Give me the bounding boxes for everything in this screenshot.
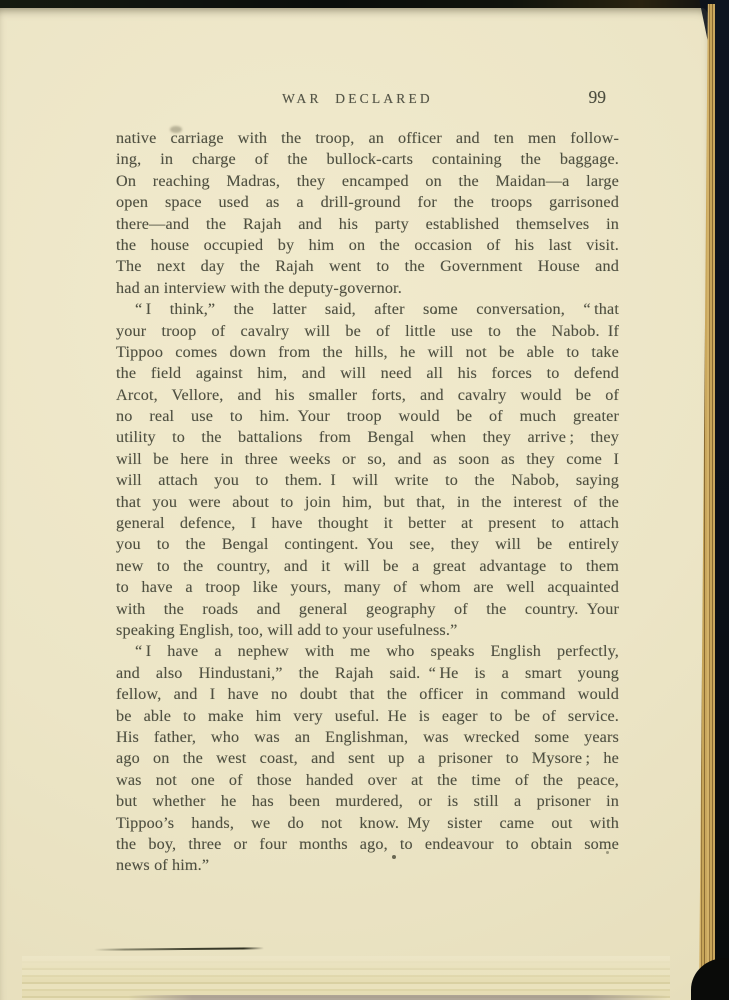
- text-line: native carriage with the troop, an offic…: [116, 128, 619, 149]
- text-line: fellow, and I have no doubt that the off…: [116, 684, 619, 705]
- right-cover-strip: [715, 0, 729, 1000]
- text-line: no real use to him. Your troop would be …: [116, 406, 619, 427]
- text-line: the field against him, and will need all…: [116, 363, 619, 384]
- top-cover-band: [0, 0, 729, 8]
- text-line: general defence, I have thought it bette…: [116, 513, 619, 534]
- book-scan: WAR DECLARED 99 native carriage with the…: [0, 0, 729, 1000]
- page-number: 99: [589, 87, 607, 108]
- text-line: news of him.”: [116, 855, 619, 876]
- text-line: speaking English, too, will add to your …: [116, 620, 619, 641]
- text-line: On reaching Madras, they encamped on the…: [116, 171, 619, 192]
- text-line: open space used as a drill-ground for th…: [116, 192, 619, 213]
- bottom-shadow-line: [128, 995, 668, 1000]
- paragraph: native carriage with the troop, an offic…: [116, 128, 619, 299]
- text-line: to have a troop like yours, many of whom…: [116, 577, 619, 598]
- text-line: the house occupied by him on the occasio…: [116, 235, 619, 256]
- text-line: will attach you to them. I will write to…: [116, 470, 619, 491]
- text-line: your troop of cavalry will be of little …: [116, 321, 619, 342]
- bottom-page-stack: [22, 956, 670, 1000]
- page-header: WAR DECLARED 99: [116, 91, 619, 111]
- paragraph: “ I think,” the latter said, after some …: [116, 299, 619, 641]
- text-line: had an interview with the deputy-governo…: [116, 278, 619, 299]
- text-line: The next day the Rajah went to the Gover…: [116, 256, 619, 277]
- text-line: there—and the Rajah and his party establ…: [116, 214, 619, 235]
- text-line: utility to the battalions from Bengal wh…: [116, 427, 619, 448]
- text-line: the boy, three or four months ago, to en…: [116, 834, 619, 855]
- text-line: but whether he has been murdered, or is …: [116, 791, 619, 812]
- text-line: Arcot, Vellore, and his smaller forts, a…: [116, 385, 619, 406]
- text-line: Tippoo comes down from the hills, he wil…: [116, 342, 619, 363]
- text-line: be able to make him very useful. He is e…: [116, 706, 619, 727]
- text-line: “ I think,” the latter said, after some …: [116, 299, 619, 320]
- text-block: native carriage with the troop, an offic…: [116, 128, 619, 877]
- text-line: will be here in three weeks or so, and a…: [116, 449, 619, 470]
- text-line: was not one of those handed over at the …: [116, 770, 619, 791]
- text-line: that you were about to join him, but tha…: [116, 492, 619, 513]
- paragraph: “ I have a nephew with me who speaks Eng…: [116, 641, 619, 876]
- text-line: “ I have a nephew with me who speaks Eng…: [116, 641, 619, 662]
- text-line: you to the Bengal contingent. You see, t…: [116, 534, 619, 555]
- text-line: His father, who was an Englishman, was w…: [116, 727, 619, 748]
- text-line: new to the country, and it will be a gre…: [116, 556, 619, 577]
- text-line: and also Hindustani,” the Rajah said. “ …: [116, 663, 619, 684]
- running-title: WAR DECLARED: [106, 91, 609, 107]
- text-line: ing, in charge of the bullock-carts cont…: [116, 149, 619, 170]
- text-line: with the roads and general geography of …: [116, 599, 619, 620]
- text-line: ago on the west coast, and sent up a pri…: [116, 748, 619, 769]
- text-line: Tippoo’s hands, we do not know. My siste…: [116, 813, 619, 834]
